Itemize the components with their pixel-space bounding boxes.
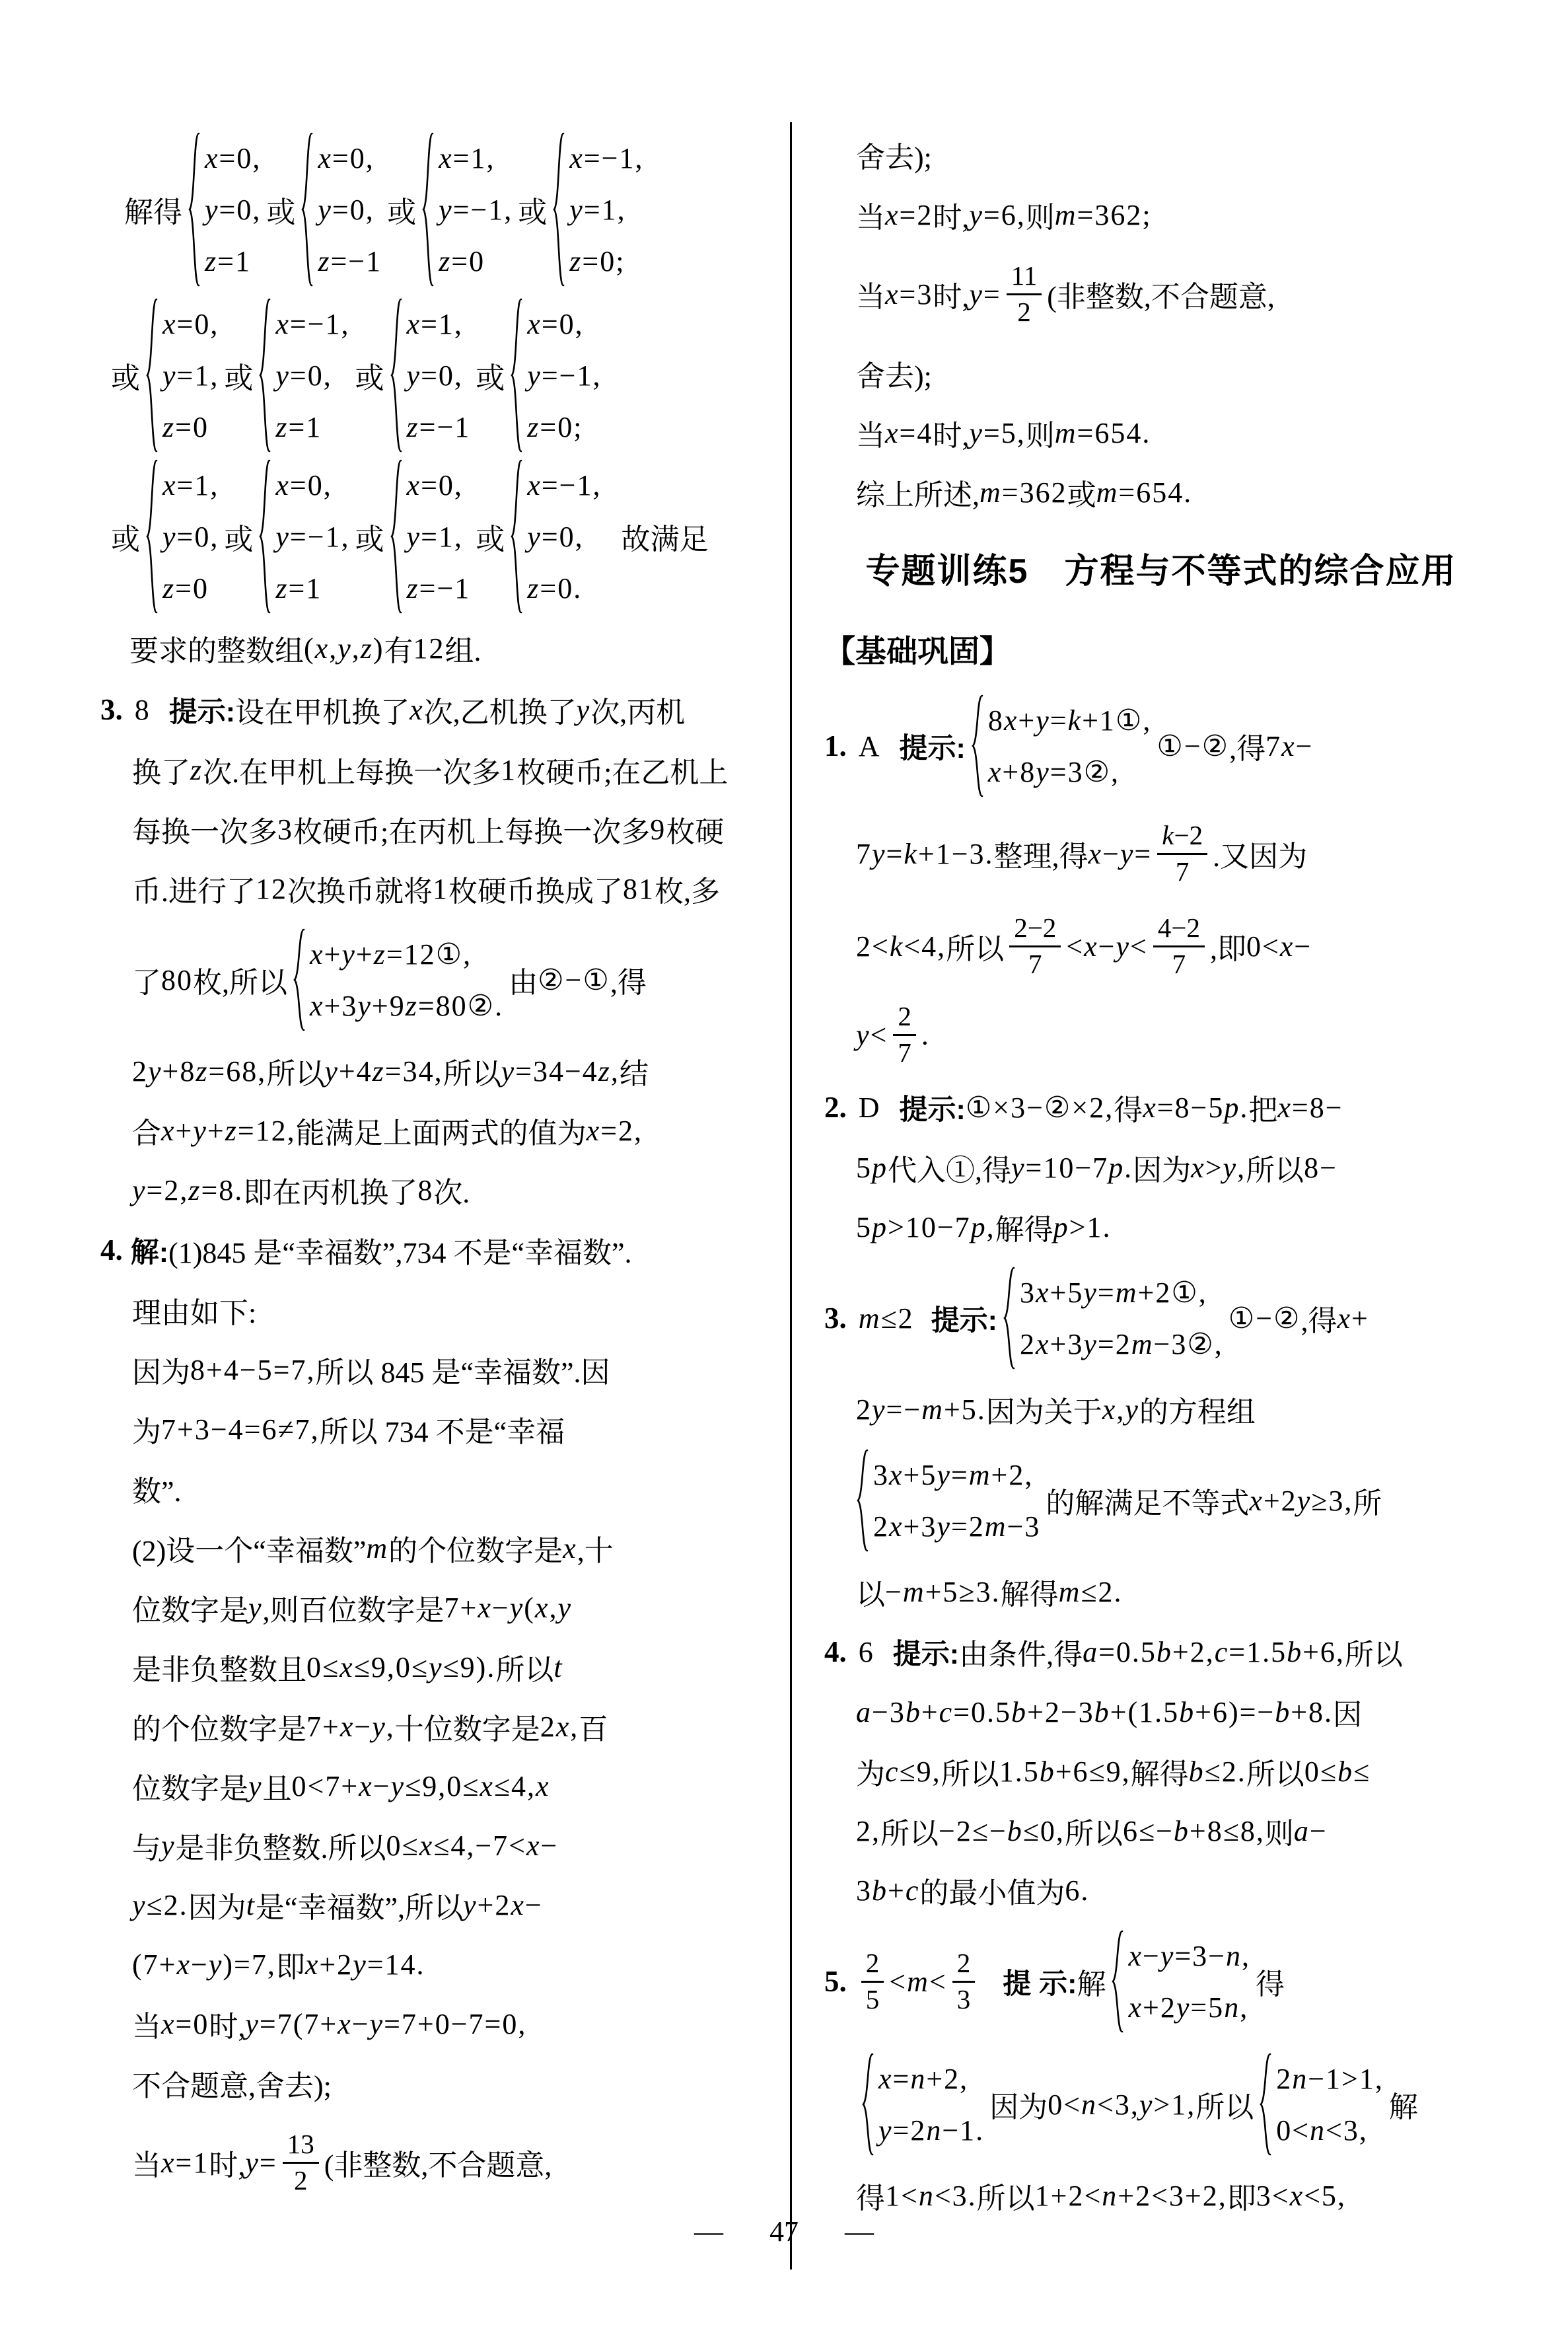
- cjk-text: 得: [856, 2174, 885, 2217]
- cjk-text: 解得: [1001, 1570, 1059, 1613]
- fraction-denominator: 7: [898, 1036, 911, 1068]
- cjk-text: 所以: [1246, 1750, 1304, 1792]
- cjk-text: 当: [856, 273, 885, 315]
- math-text: b≤2.: [1189, 1755, 1246, 1789]
- cjk-text: 所以 845 是“幸福数”.因: [315, 1348, 610, 1391]
- fraction: 112: [1007, 260, 1042, 327]
- math-text: x+2y≥3,: [1249, 1484, 1353, 1518]
- item-number: 4.: [824, 1635, 847, 1669]
- equation-row: x=0,: [275, 459, 349, 511]
- math-text: −2≤−b≤0,: [939, 1814, 1065, 1848]
- cjk-text: 当: [856, 412, 885, 454]
- math-text: .: [921, 1018, 930, 1052]
- equation-row: y=−1,: [439, 184, 513, 235]
- math-text: 3<x<5,: [1256, 2179, 1346, 2213]
- math-text: x: [410, 693, 424, 727]
- equation-row: x+2y=5n,: [1128, 1981, 1250, 2033]
- fraction: 2−27: [1009, 912, 1061, 979]
- math-text: 7y=k+1−3.: [856, 837, 994, 871]
- cjk-text: 由: [509, 959, 538, 1001]
- math-text: 0≤x≤4,−7<x−: [386, 1829, 559, 1863]
- math-text: x=0: [161, 2007, 209, 2041]
- equation-system: 2n−1>1,0<n<3,: [1259, 2053, 1384, 2156]
- math-text: y=6,: [969, 198, 1025, 232]
- equation-row: x=n+2,: [878, 2053, 984, 2104]
- equation-system: x=0,y=0,z=−1: [301, 132, 382, 287]
- brace-icon: [390, 298, 403, 453]
- equation-system: x=−1,y=0,z=0.: [510, 459, 601, 614]
- hint-label: 提示:: [900, 1088, 966, 1128]
- equation-row: 0<n<3,: [1276, 2104, 1384, 2156]
- equation-row: y=−1,: [275, 511, 349, 562]
- cjk-text: 或: [266, 188, 295, 231]
- equation-row: y=1,: [407, 511, 471, 562]
- section-heading: 专题训练5 方程与不等式的综合应用: [866, 543, 1457, 593]
- math-text: y+2x−: [463, 1888, 543, 1922]
- math-text: 5p: [856, 1151, 888, 1185]
- text-line: x=n+2,y=2n−1.因为 0<n<3,y>1,所以2n−1>1,0<n<3…: [824, 2043, 1498, 2166]
- math-text: ①×3−②×2,: [966, 1091, 1114, 1125]
- cjk-text: 位数字是: [132, 1765, 248, 1807]
- math-text: x+2y=14.: [305, 1948, 425, 1981]
- cjk-text: 所以: [1246, 1146, 1304, 1189]
- math-text: −m+5≥3.: [885, 1575, 1001, 1609]
- fraction-denominator: 2: [294, 2164, 308, 2196]
- equation-row: z=0: [162, 401, 219, 453]
- equation-row: 2n−1>1,: [1276, 2053, 1384, 2104]
- fraction: 25: [861, 1948, 884, 2014]
- text-line: 以 −m+5≥3.解得 m≤2.: [824, 1562, 1498, 1621]
- cjk-text: 的个位数字是: [388, 1527, 563, 1569]
- fraction-denominator: 7: [1176, 855, 1190, 887]
- item-number: 3.: [100, 692, 123, 727]
- cjk-text: 解: [1077, 1960, 1106, 2003]
- math-text: x=2: [885, 198, 933, 232]
- item-number: 5.: [824, 1964, 847, 1999]
- cjk-text: ,即: [1210, 925, 1246, 967]
- equation-row: 2x+3y=2m−3②,: [1020, 1318, 1223, 1370]
- item-number: 1.: [824, 729, 847, 763]
- equation-row: z=0: [162, 562, 219, 614]
- cjk-text: 因为: [1133, 1146, 1191, 1189]
- math-text: ②−①: [538, 963, 610, 997]
- equation-row: 3x+5y=m+2①,: [1020, 1267, 1223, 1318]
- text-line: 3x+5y=m+2,2x+3y=2m−3的解满足不等式 x+2y≥3,所: [824, 1439, 1498, 1562]
- cjk-text: (非整数,不合题意,: [324, 2141, 552, 2184]
- text-line: 舍去);: [824, 344, 1498, 403]
- column-divider: [790, 122, 792, 2270]
- cjk-text: ,得: [1229, 725, 1265, 767]
- cjk-text: 时,: [209, 2003, 245, 2045]
- equation-rows: x=0,y=1,z=0: [162, 298, 219, 453]
- math-text: x: [563, 1532, 577, 1565]
- text-line: 当 x=1 时,y=132(非整数,不合题意,: [100, 2113, 767, 2212]
- math-text: m: [366, 1532, 388, 1565]
- fraction-denominator: 7: [1172, 947, 1186, 980]
- text-line: 不合题意,舍去);: [100, 2053, 767, 2113]
- cjk-text: 或: [1067, 471, 1096, 513]
- fraction-numerator: k−2: [1157, 820, 1207, 854]
- equation-rows: 8x+y=k+1①,x+8y=3②,: [988, 694, 1152, 797]
- equation-row: x=0,: [527, 298, 601, 350]
- cjk-text: 当: [856, 194, 885, 236]
- equation-row: y=0,: [275, 350, 349, 401]
- cjk-text: 代入①,得: [888, 1146, 1011, 1189]
- fraction-denominator: 5: [866, 1983, 880, 2015]
- math-text: 8: [417, 1173, 433, 1207]
- cjk-text: 则: [1026, 412, 1055, 454]
- cjk-text: 能满足上面两式的值为: [296, 1109, 587, 1152]
- cjk-text: 次,乙机换了: [424, 688, 577, 731]
- math-text: x=8−5p.: [1143, 1091, 1248, 1125]
- text-line: 5.25<m<23提 示:解x−y=3−n,x+2y=5n,得: [824, 1920, 1498, 2043]
- equation-system: x=1,y=−1,z=0: [421, 132, 513, 287]
- brace-icon: [301, 132, 314, 287]
- text-line: 理由如下:: [100, 1280, 767, 1340]
- equation-row: z=0: [439, 235, 513, 287]
- cjk-text: 得: [1256, 1960, 1285, 2003]
- math-text: t: [553, 1650, 563, 1684]
- equation-system: x=−1,y=0,z=1: [258, 298, 349, 453]
- cjk-text: 换了: [132, 749, 190, 791]
- math-text: 6.: [1065, 1874, 1089, 1907]
- equation-row: z=0.: [527, 562, 601, 614]
- equation-row: x+y+z=12①,: [310, 928, 503, 980]
- cjk-text: ,得: [1301, 1297, 1337, 1339]
- cjk-text: 故满足: [621, 515, 708, 558]
- math-text: y=34−4z,: [501, 1054, 620, 1088]
- cjk-text: 枚硬: [666, 808, 724, 850]
- equation-rows: x=−1,y=0,z=1: [275, 298, 349, 453]
- math-text: x=8−: [1277, 1091, 1343, 1125]
- math-text: x=3: [885, 277, 933, 311]
- cjk-text: 或: [224, 354, 253, 396]
- math-text: x+: [1337, 1302, 1369, 1335]
- cjk-text: ,十: [577, 1527, 614, 1569]
- equation-row: x=−1,: [527, 459, 601, 511]
- fraction-numerator: 2: [952, 1948, 976, 1982]
- brace-icon: [856, 1449, 869, 1552]
- text-line: 位数字是 y 且 0<7+x−y≤9,0≤x≤4,x: [100, 1756, 767, 1816]
- fraction: 27: [893, 1001, 916, 1068]
- math-text: ①−②: [1157, 729, 1229, 763]
- text-line: 2<k<4,所以2−27<x−y<4−27,即 0<x−: [824, 900, 1498, 992]
- hint-label: 提示:: [931, 1298, 997, 1339]
- footer-dash-right: —: [845, 2215, 874, 2248]
- cjk-text: 百: [579, 1705, 608, 1748]
- math-text: 7+3−4=6≠7,: [161, 1413, 320, 1446]
- cjk-text: 由条件,得: [959, 1631, 1083, 1673]
- equation-row: z=−1: [318, 235, 382, 287]
- hint-label: 提示:: [893, 1632, 959, 1672]
- cjk-text: 时,: [933, 412, 969, 454]
- math-text: 7+x−y(x,y: [445, 1591, 572, 1625]
- text-line: y≤2.因为 t 是“幸福数”,所以 y+2x−: [100, 1875, 767, 1935]
- equation-row: x=1,: [439, 132, 513, 184]
- math-text: y=7(7+x−y=7+0−7=0,: [245, 2007, 526, 2041]
- equation-system: x−y=3−n,x+2y=5n,: [1111, 1930, 1250, 2033]
- equation-row: y=0,: [162, 511, 219, 562]
- math-text: y=: [245, 2146, 277, 2180]
- math-text: 0<n<3,y>1,: [1048, 2088, 1195, 2122]
- cjk-text: 或: [476, 354, 505, 396]
- cjk-text: 当: [132, 2003, 161, 2045]
- cjk-text: 因: [1333, 1691, 1362, 1733]
- item-number: 4.: [100, 1233, 123, 1267]
- math-text: t: [246, 1888, 256, 1922]
- brace-icon: [421, 132, 435, 287]
- equation-rows: x=1,y=0,z=−1: [407, 298, 471, 453]
- text-line: 或x=0,y=1,z=0或x=−1,y=0,z=1或x=1,y=0,z=−1或x…: [100, 295, 767, 456]
- text-line: 当 x=3 时,y=112(非整数,不合题意,: [824, 244, 1498, 344]
- equation-row: z=1: [205, 235, 261, 287]
- cjk-text: 得: [1114, 1086, 1143, 1128]
- equation-row: x=1,: [407, 298, 471, 350]
- fraction-numerator: 2−2: [1009, 912, 1061, 947]
- text-line: y<27.: [824, 992, 1498, 1077]
- math-text: x=1: [161, 2146, 209, 2180]
- text-line: 7y=k+1−3.整理,得 x−y=k−27.又因为: [824, 807, 1498, 900]
- cjk-text: 是非负整数且: [132, 1646, 306, 1688]
- right-column: 舍去);当 x=2 时,y=6,则 m=362;当 x=3 时,y=112(非整…: [824, 124, 1498, 2225]
- math-text: (7+x−y)=7,: [132, 1948, 276, 1981]
- math-text: y≤2.: [132, 1888, 188, 1922]
- equation-system: x=0,y=1,z=0: [145, 298, 219, 453]
- text-line: a−3b+c=0.5b+2−3b+(1.5b+6)=−b+8.因: [824, 1682, 1498, 1742]
- text-line: 当 x=4 时,y=5,则 m=654.: [824, 403, 1498, 462]
- cjk-text: 是非负整数.所以: [176, 1824, 386, 1866]
- equation-row: x−y=3−n,: [1128, 1930, 1250, 1981]
- answer-page: 解得x=0,y=0,z=1或x=0,y=0,z=−1或x=1,y=−1,z=0或…: [0, 0, 1568, 2325]
- math-text: ①−②: [1229, 1302, 1301, 1335]
- cjk-text: ,则百位数字是: [263, 1586, 445, 1629]
- cjk-text: 的方程组: [1139, 1388, 1256, 1430]
- text-line: 要求的整数组(x,y,z)有 12 组.: [100, 617, 767, 679]
- cjk-text: 所以: [1195, 2083, 1254, 2125]
- cjk-text: 因为关于: [986, 1388, 1102, 1430]
- cjk-text: 设在甲机换了: [235, 688, 410, 731]
- cjk-text: 所以: [946, 925, 1004, 967]
- cjk-text: 当: [132, 2141, 161, 2184]
- fraction-numerator: 11: [1007, 260, 1042, 295]
- hint-label: 解:: [131, 1230, 168, 1271]
- text-line: 为 7+3−4=6≠7,所以 734 不是“幸福: [100, 1399, 767, 1459]
- hint-label: 提示:: [169, 690, 235, 730]
- equation-row: y=2n−1.: [878, 2104, 984, 2156]
- cjk-text: 整理,得: [994, 832, 1088, 875]
- text-line: 3.m≤2提示:3x+5y=m+2①,2x+3y=2m−3②,①−②,得 x+: [824, 1257, 1498, 1380]
- cjk-text: 所以: [1345, 1631, 1403, 1673]
- equation-rows: x=n+2,y=2n−1.: [878, 2053, 984, 2156]
- equation-row: y=1,: [162, 350, 219, 401]
- cjk-text: 则: [1026, 194, 1055, 236]
- cjk-text: (1)845 是“幸福数”,734 不是“幸福数”.: [168, 1229, 631, 1271]
- math-text: m≤2.: [1059, 1575, 1123, 1609]
- cjk-text: .又因为: [1213, 832, 1307, 875]
- text-line: 5p 代入①,得 y=10−7p.因为 x>y,所以 8−: [824, 1138, 1498, 1197]
- cjk-text: 是“幸福数”,所以: [256, 1884, 463, 1926]
- cjk-text: 所以 734 不是“幸福: [320, 1408, 565, 1450]
- cjk-text: 位数字是: [132, 1586, 248, 1629]
- math-text: (x,y,z): [304, 632, 384, 665]
- text-line: y=2,z=8.即在丙机换了 8 次.: [100, 1160, 767, 1220]
- math-text: y=: [969, 277, 1001, 311]
- equation-system: x=n+2,y=2n−1.: [861, 2053, 984, 2156]
- equation-row: 3x+5y=m+2,: [873, 1449, 1040, 1500]
- cjk-text: 解得: [124, 188, 182, 231]
- equation-rows: 3x+5y=m+2①,2x+3y=2m−3②,: [1020, 1267, 1223, 1370]
- text-line: 或x=1,y=0,z=0或x=0,y=−1,z=1或x=0,y=1,z=−1或x…: [100, 456, 767, 617]
- math-text: 6≤−b+8≤8,: [1123, 1814, 1265, 1848]
- cjk-text: 次,丙机: [590, 688, 685, 731]
- equation-system: 8x+y=k+1①,x+8y=3②,: [971, 694, 1152, 797]
- math-text: y=10−7p.: [1011, 1151, 1133, 1185]
- cjk-text: 解得: [1131, 1750, 1189, 1792]
- cjk-text: 解得: [995, 1206, 1053, 1248]
- math-text: 2y+8z=68,: [132, 1054, 266, 1088]
- equation-system: x+y+z=12①,x+3y+9z=80②.: [293, 928, 503, 1031]
- equation-system: x=0,y=0,z=1: [188, 132, 261, 287]
- math-text: y=5,: [969, 416, 1025, 450]
- text-line: 合 x+y+z=12,能满足上面两式的值为 x=2,: [100, 1101, 767, 1160]
- math-text: y: [248, 1769, 263, 1803]
- cjk-text: 理由如下:: [132, 1289, 256, 1331]
- cjk-text: 所以: [443, 1050, 501, 1092]
- brace-icon: [861, 2053, 874, 2156]
- cjk-text: (2)设一个“幸福数”: [132, 1527, 366, 1569]
- math-text: 5p>10−7p,: [856, 1210, 995, 1244]
- equation-row: z=1: [275, 562, 349, 614]
- brace-icon: [145, 459, 159, 614]
- equation-rows: 2n−1>1,0<n<3,: [1276, 2053, 1384, 2156]
- math-text: 1+2<n+2<3+2,: [1035, 2179, 1227, 2213]
- cjk-text: 的个位数字是: [132, 1705, 306, 1748]
- text-line: 2,所以 −2≤−b≤0,所以 6≤−b+8≤8,则 a−: [824, 1801, 1498, 1861]
- cjk-text: 或: [111, 354, 140, 396]
- math-text: x,y: [1102, 1393, 1139, 1426]
- cjk-text: 所以: [1065, 1810, 1123, 1852]
- text-line: 是非负整数且 0≤x≤9,0≤y≤9).所以 t: [100, 1637, 767, 1697]
- equation-system: 3x+5y=m+2,2x+3y=2m−3: [856, 1449, 1040, 1552]
- cjk-text: 时,: [933, 194, 969, 236]
- cjk-text: 或: [355, 515, 384, 558]
- equation-row: y=0,: [407, 350, 471, 401]
- text-line: 为 c≤9,所以 1.5b+6≤9,解得 b≤2.所以 0≤b≤: [824, 1742, 1498, 1801]
- brace-icon: [258, 459, 271, 614]
- brace-icon: [1003, 1267, 1016, 1370]
- text-line: 3.8提示:设在甲机换了 x 次,乙机换了 y 次,丙机: [100, 679, 767, 740]
- brace-icon: [971, 694, 984, 797]
- math-text: 8+4−5=7,: [190, 1353, 315, 1387]
- text-line: 当 x=0 时,y=7(7+x−y=7+0−7=0,: [100, 1994, 767, 2053]
- cjk-text: 与: [132, 1824, 161, 1866]
- cjk-text: 所以: [266, 1050, 324, 1092]
- equation-rows: x=−1,y=0,z=0.: [527, 459, 601, 614]
- cjk-text: 为: [856, 1750, 885, 1792]
- cjk-text: 或: [518, 188, 547, 231]
- cjk-text: 或: [355, 354, 384, 396]
- math-text: 12: [413, 632, 445, 665]
- hint-label: 提示:: [900, 726, 966, 766]
- text-line: (7+x−y)=7,即 x+2y=14.: [100, 1935, 767, 1994]
- fraction-numerator: 2: [893, 1001, 916, 1035]
- footer-dash-left: —: [694, 2215, 723, 2248]
- equation-system: x=0,y=−1,z=1: [258, 459, 349, 614]
- math-text: 3b+c: [856, 1874, 919, 1907]
- cjk-text: 次.在甲机上每换一次多: [203, 749, 501, 791]
- cjk-text: 综上所述,: [856, 471, 980, 513]
- equation-row: y=0,: [205, 184, 261, 235]
- cjk-text: 解: [1389, 2083, 1418, 2125]
- math-text: 2y=−m+5.: [856, 1393, 986, 1426]
- math-text: 9: [650, 813, 666, 846]
- cjk-text: 次.: [433, 1169, 470, 1211]
- text-line: 4.6提示:由条件,得 a=0.5b+2,c=1.5b+6,所以: [824, 1621, 1498, 1682]
- cjk-text: 组.: [445, 627, 481, 669]
- brace-icon: [145, 298, 159, 453]
- item-number: 2.: [824, 1090, 847, 1125]
- text-line: 的个位数字是 7+x−y,十位数字是 2x,百: [100, 1697, 767, 1756]
- math-text: a=0.5b+2,c=1.5b+6,: [1083, 1635, 1345, 1669]
- text-line: 解得x=0,y=0,z=1或x=0,y=0,z=−1或x=1,y=−1,z=0或…: [100, 124, 767, 295]
- cjk-text: ,得: [610, 959, 647, 1001]
- fraction-numerator: 13: [283, 2129, 319, 2163]
- math-text: c≤9,: [885, 1755, 941, 1789]
- math-text: p>1.: [1053, 1210, 1112, 1244]
- math-text: y: [248, 1591, 263, 1625]
- text-line: 2y=−m+5.因为关于 x,y 的方程组: [824, 1380, 1498, 1439]
- math-text: z: [190, 753, 203, 787]
- cjk-text: 所以: [495, 1646, 553, 1688]
- answer-value: 6: [859, 1635, 873, 1669]
- math-text: x+y+z=12,: [161, 1114, 296, 1148]
- math-text: 1<n<3.: [885, 2179, 977, 2213]
- math-text: 2<k<4,: [856, 930, 946, 963]
- cjk-text: 所: [1353, 1479, 1382, 1522]
- fraction: k−27: [1157, 820, 1207, 887]
- left-column: 解得x=0,y=0,z=1或x=0,y=0,z=−1或x=1,y=−1,z=0或…: [100, 124, 767, 2212]
- math-text: a−: [1294, 1814, 1328, 1848]
- equation-rows: x=0,y=1,z=−1: [407, 459, 471, 614]
- text-line: 币.进行了 12 次换币就将 1 枚硬币换成了 81 枚,多: [100, 859, 767, 918]
- cjk-text: 每换一次多: [132, 808, 277, 850]
- page-number: 47: [769, 2215, 799, 2248]
- cjk-text: 结: [620, 1050, 649, 1092]
- equation-rows: x+y+z=12①,x+3y+9z=80②.: [310, 928, 503, 1031]
- cjk-text: 枚硬币;在丙机上每换一次多: [293, 808, 650, 850]
- math-text: x−y=: [1088, 837, 1153, 871]
- equation-row: x=0,: [162, 298, 219, 350]
- math-text: y: [161, 1829, 176, 1863]
- subsection-heading: 【基础巩固】: [824, 627, 1011, 671]
- fraction: 4−27: [1153, 912, 1205, 979]
- equation-row: 2x+3y=2m−3: [873, 1500, 1040, 1552]
- math-text: y: [577, 693, 591, 727]
- cjk-text: 所以: [941, 1750, 999, 1792]
- answer-value: 8: [135, 693, 149, 727]
- math-text: y+4z=34,: [324, 1054, 443, 1088]
- text-line: 1.A提示:8x+y=k+1①,x+8y=3②,①−②,得 7x−: [824, 684, 1498, 807]
- math-text: 1.5b+6≤9,: [999, 1755, 1131, 1789]
- equation-row: x+8y=3②,: [988, 746, 1152, 797]
- fraction-numerator: 4−2: [1153, 912, 1205, 947]
- fraction: 23: [952, 1948, 976, 2014]
- page-footer: — 47 —: [0, 2215, 1568, 2248]
- cjk-text: 时,: [209, 2141, 245, 2184]
- equation-system: x=0,y=1,z=−1: [390, 459, 471, 614]
- math-text: 7x−: [1265, 729, 1313, 763]
- equation-system: x=1,y=0,z=0: [145, 459, 219, 614]
